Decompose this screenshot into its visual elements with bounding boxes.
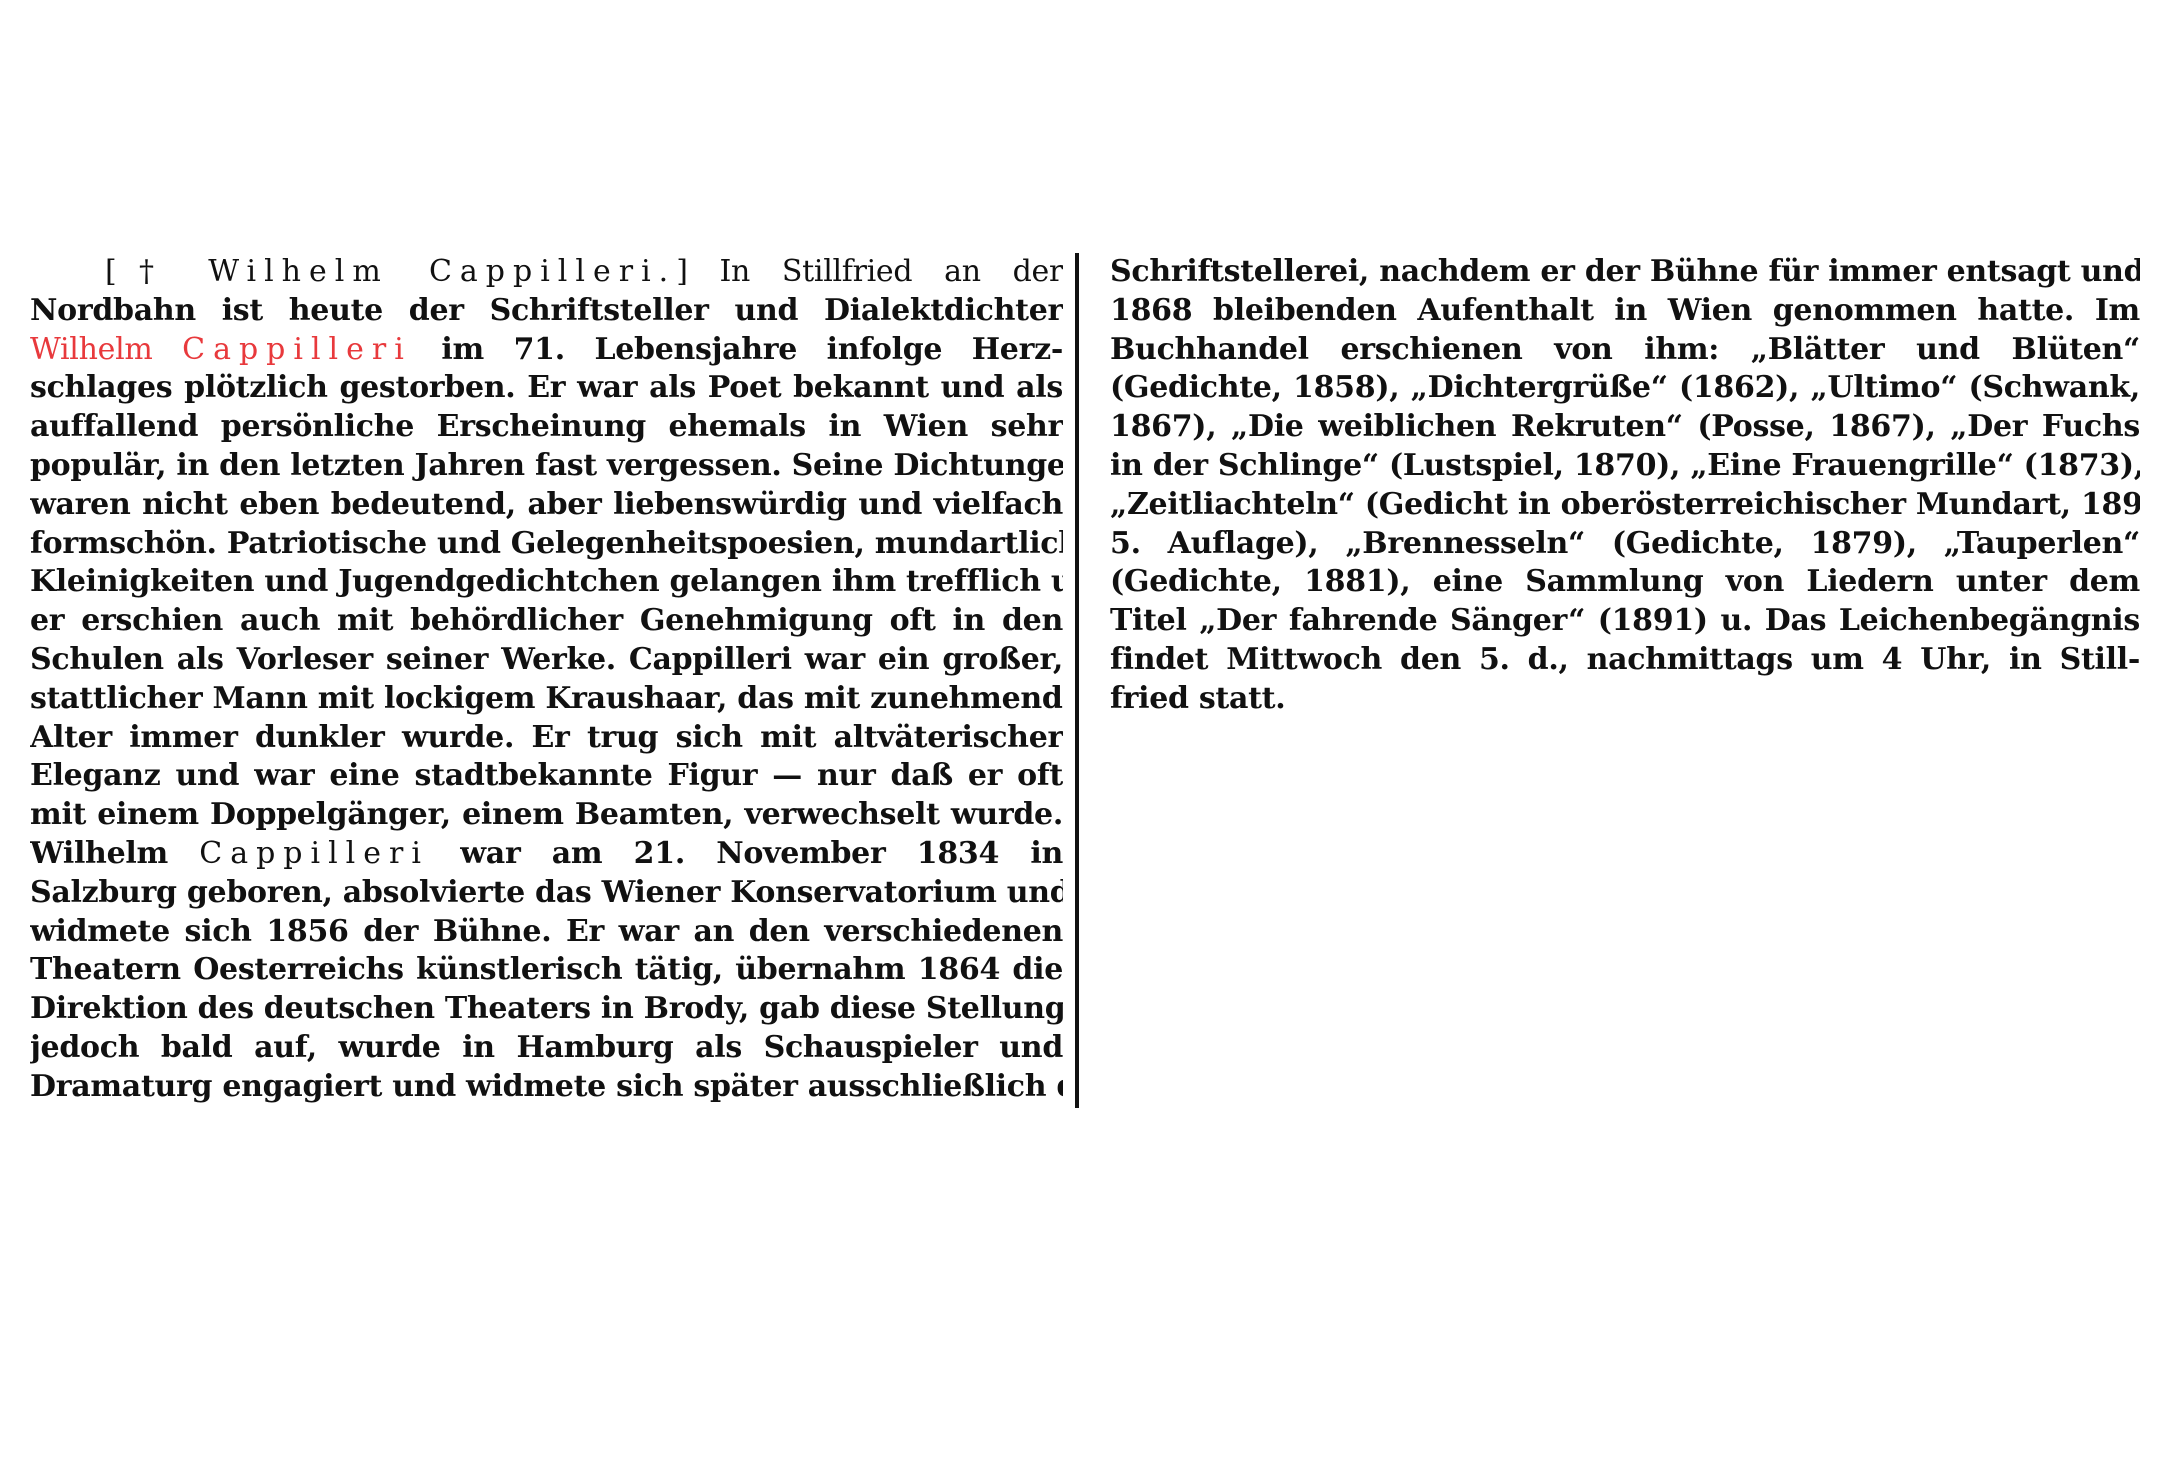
inline-name-last: Cappilleri: [199, 836, 429, 871]
article-line-2: Nordbahn ist heute der Schriftsteller un…: [30, 292, 1063, 331]
article-line-31: (Gedichte, 1881), eine Sammlung von Lied…: [1110, 563, 2140, 602]
article-line-13: Alter immer dunkler wurde. Er trug sich …: [30, 719, 1063, 758]
article-line-14: Eleganz und war eine stadtbekannte Figur…: [30, 757, 1063, 796]
article-line-25: Buchhandel erschienen von ihm: „Blätter …: [1110, 331, 2140, 370]
article-line-4: schlages plötzlich gestorben. Er war als…: [30, 369, 1063, 408]
left-column: [† Wilhelm Cappilleri.] In Stillfried an…: [30, 253, 1063, 1107]
article-line-15: mit einem Doppelgänger, einem Beamten, v…: [30, 796, 1063, 835]
article-line-34: fried statt.: [1110, 680, 2140, 719]
article-line-3: Wilhelm Cappilleri im 71. Lebensjahre in…: [30, 331, 1063, 370]
article-line-21: jedoch bald auf, wurde in Hamburg als Sc…: [30, 1029, 1063, 1068]
article-line-20: Direktion des deutschen Theaters in Brod…: [30, 990, 1063, 1029]
article-line-5: auffallend persönliche Erscheinung ehema…: [30, 408, 1063, 447]
heading-bracket-close: ]: [676, 254, 687, 289]
article-line-22: Dramaturg engagiert und widmete sich spä…: [30, 1068, 1063, 1107]
heading-bracket-open: [†: [105, 254, 208, 289]
article-text: im 71. Lebensjahre infolge Herz-: [412, 332, 1063, 367]
article-line-12: stattlicher Mann mit lockigem Kraushaar,…: [30, 680, 1063, 719]
article-text: In Stillfried an der: [688, 254, 1063, 289]
article-line-6: populär, in den letzten Jahren fast verg…: [30, 447, 1063, 486]
article-line-9: Kleinigkeiten und Jugendgedichtchen gela…: [30, 563, 1063, 602]
right-column: Schriftstellerei, nachdem er der Bühne f…: [1110, 253, 2140, 719]
article-line-32: Titel „Der fahrende Sänger“ (1891) u. Da…: [1110, 602, 2140, 641]
article-line-18: widmete sich 1856 der Bühne. Er war an d…: [30, 913, 1063, 952]
article-line-27: 1867), „Die weiblichen Rekruten“ (Posse,…: [1110, 408, 2140, 447]
article-line-19: Theatern Oesterreichs künstlerisch tätig…: [30, 951, 1063, 990]
inline-name-first: Wilhelm: [30, 836, 168, 871]
article-line-30: 5. Auflage), „Brennesseln“ (Gedichte, 18…: [1110, 525, 2140, 564]
highlighted-name-last: Cappilleri: [182, 332, 412, 367]
article-line-11: Schulen als Vorleser seiner Werke. Cappi…: [30, 641, 1063, 680]
article-line-24: 1868 bleibenden Aufenthalt in Wien genom…: [1110, 292, 2140, 331]
article-line-23: Schriftstellerei, nachdem er der Bühne f…: [1110, 253, 2140, 292]
article-line-8: formschön. Patriotische und Gelegenheits…: [30, 525, 1063, 564]
article-line-33: findet Mittwoch den 5. d., nachmittags u…: [1110, 641, 2140, 680]
highlighted-name-first: Wilhelm: [30, 332, 153, 367]
article-line-10: er erschien auch mit behördlicher Genehm…: [30, 602, 1063, 641]
column-divider: [1075, 253, 1079, 1108]
article-line-26: (Gedichte, 1858), „Dichtergrüße“ (1862),…: [1110, 369, 2140, 408]
article-line-16: Wilhelm Cappilleri war am 21. November 1…: [30, 835, 1063, 874]
article-text: war am 21. November 1834 in: [429, 836, 1063, 871]
article-line-7: waren nicht eben bedeutend, aber liebens…: [30, 486, 1063, 525]
article-heading-name: Wilhelm Cappilleri.: [208, 254, 676, 289]
article-line-1: [† Wilhelm Cappilleri.] In Stillfried an…: [30, 253, 1063, 292]
article-line-28: in der Schlinge“ (Lustspiel, 1870), „Ein…: [1110, 447, 2140, 486]
article-line-29: „Zeitliachteln“ (Gedicht in oberösterrei…: [1110, 486, 2140, 525]
article-line-17: Salzburg geboren, absolvierte das Wiener…: [30, 874, 1063, 913]
